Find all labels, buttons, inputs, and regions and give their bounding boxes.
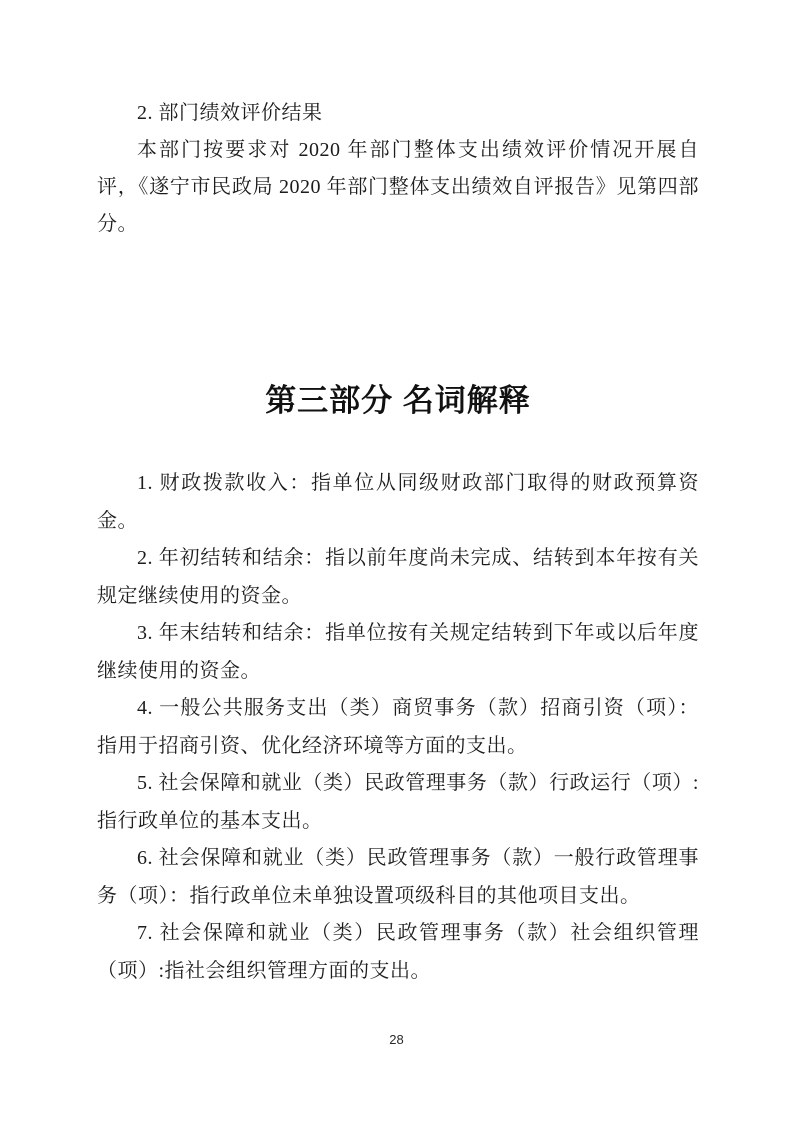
term-item: 6. 社会保障和就业（类）民政管理事务（款）一般行政管理事务（项）：指行政单位未… [97, 840, 699, 915]
term-item: 2. 年初结转和结余：指以前年度尚未完成、结转到本年按有关规定继续使用的资金。 [97, 540, 699, 615]
performance-evaluation-section: 2. 部门绩效评价结果 本部门按要求对 2020 年部门整体支出绩效评价情况开展… [97, 95, 699, 243]
page-number: 28 [0, 1032, 793, 1047]
term-item: 7. 社会保障和就业（类）民政管理事务（款）社会组织管理（项）:指社会组织管理方… [97, 915, 699, 990]
paragraph-self-evaluation: 本部门按要求对 2020 年部门整体支出绩效评价情况开展自评，《遂宁市民政局 2… [97, 132, 699, 243]
page-content: 2. 部门绩效评价结果 本部门按要求对 2020 年部门整体支出绩效评价情况开展… [97, 95, 699, 990]
term-item: 5. 社会保障和就业（类）民政管理事务（款）行政运行（项）:指行政单位的基本支出… [97, 765, 699, 840]
term-item: 4. 一般公共服务支出（类）商贸事务（款）招商引资（项）：指用于招商引资、优化经… [97, 690, 699, 765]
term-item: 3. 年末结转和结余：指单位按有关规定结转到下年或以后年度继续使用的资金。 [97, 615, 699, 690]
term-item: 1. 财政拨款收入：指单位从同级财政部门取得的财政预算资金。 [97, 465, 699, 540]
section-title: 第三部分 名词解释 [97, 382, 699, 420]
document-page: 2. 部门绩效评价结果 本部门按要求对 2020 年部门整体支出绩效评价情况开展… [0, 0, 793, 1122]
subheading-performance-evaluation: 2. 部门绩效评价结果 [97, 95, 699, 132]
terms-list: 1. 财政拨款收入：指单位从同级财政部门取得的财政预算资金。 2. 年初结转和结… [97, 465, 699, 990]
